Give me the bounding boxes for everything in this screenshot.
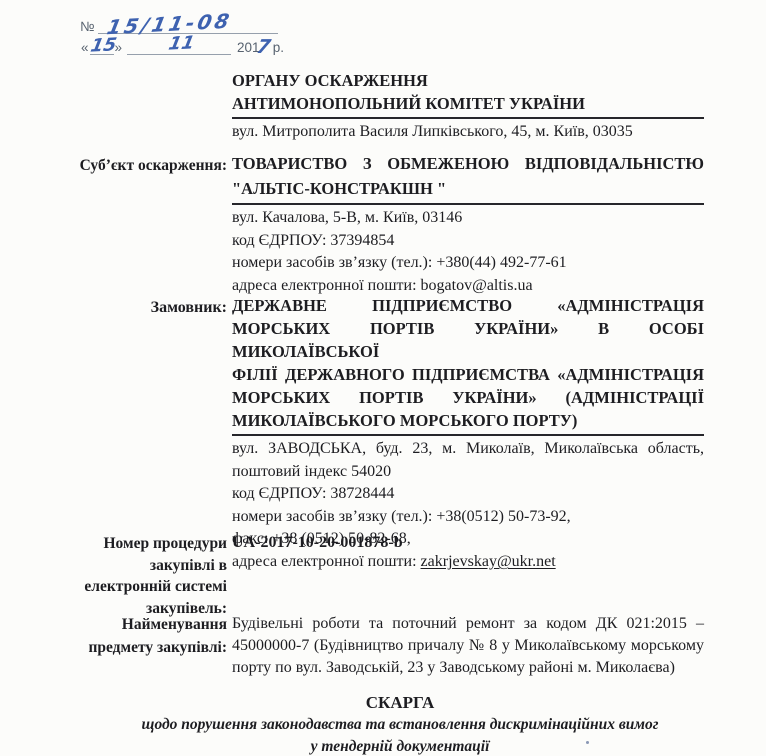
procurement-subject-value: Будівельні роботи та поточний ремонт за … [232,613,704,678]
email-prefix: адреса електронної пошти: [232,277,421,294]
subject-label-line: Найменування [0,614,227,637]
scanned-complaint-document: № 15/11-08 « 15 » 11 2017 р. ОРГАНУ ОСКА… [0,0,766,756]
subject-label-line: предмету закупівлі: [0,637,227,660]
customer-email: zakrjevskay@ukr.net [421,553,556,570]
scan-speck-artifact [586,741,589,744]
customer-name-line: ДЕРЖАВНЕ ПІДПРИЄМСТВО «АДМІНІСТРАЦІЯ [232,294,704,317]
month-blank-line: 11 [127,33,231,55]
procedure-label-line: закупівлі в [0,555,227,577]
customer-name-line: ФІЛІЇ ДЕРЖАВНОГО ПІДПРИЄМСТВА «АДМІНІСТР… [232,363,704,386]
complainant-divider [232,203,704,205]
customer-address-line: вул. ЗАВОДСЬКА, буд. 23, м. Миколаїв, Ми… [232,438,704,461]
handwritten-day: 15 [88,34,117,56]
complainant-block: ТОВАРИСТВО З ОБМЕЖЕНОЮ ВІДПОВІДАЛЬНІСТЮ … [232,151,704,297]
complaint-subtitle-line: щодо порушення законодавства та встановл… [20,714,766,736]
day-blank-line: 15 [90,33,114,55]
handwritten-month: 11 [167,32,196,54]
procedure-number-label: Номер процедури закупівлі в електронній … [0,533,227,619]
date-row: « 15 » 11 2017 р. [80,34,295,55]
subject-value-line: порту по вул. Заводській, 23 у Заводсько… [232,657,704,679]
complainant-name-line: ТОВАРИСТВО З ОБМЕЖЕНОЮ ВІДПОВІДАЛЬНІСТЮ [232,151,704,176]
customer-name-line: МИКОЛАЇВСЬКОГО МОРСЬКОГО ПОРТУ) [232,409,704,432]
number-row: № 15/11-08 [80,10,295,34]
complaint-title-block: СКАРГА щодо порушення законодавства та в… [20,691,766,756]
subject-value-line: Будівельні роботи та поточний ремонт за … [232,613,704,635]
complaint-title: СКАРГА [20,691,766,714]
customer-divider [232,434,704,436]
complaint-subtitle-line: у тендерній документації [20,736,766,756]
customer-phone: номери засобів зв’язку (тел.): +38(0512)… [232,506,704,529]
customer-block: ДЕРЖАВНЕ ПІДПРИЄМСТВО «АДМІНІСТРАЦІЯ МОР… [232,294,704,574]
email-prefix: адреса електронної пошти: [232,553,421,570]
complainant-label: Суб’єкт оскарження: [0,153,227,178]
subject-value-line: 45000000-7 (Будівництво причалу № 8 у Ми… [232,635,704,657]
open-quote-mark: « [80,40,90,55]
procedure-label-line: Номер процедури [0,533,227,555]
customer-name-line: МОРСЬКИХ ПОРТІВ УКРАЇНИ» В ОСОБІ МИКОЛАЇ… [232,317,704,363]
year-suffix: р. [273,40,284,55]
complainant-phone: номери засобів зв’язку (тел.): +380(44) … [232,252,704,275]
document-number-stamp: № 15/11-08 « 15 » 11 2017 р. [80,10,295,55]
number-sign: № [80,19,94,34]
recipient-divider [232,117,704,119]
complainant-name-line: "АЛЬТІС-КОНСТРАКШН " [232,176,704,201]
recipient-address: вул. Митрополита Василя Липківського, 45… [232,121,704,144]
complainant-edrpou: код ЄДРПОУ: 37394854 [232,230,704,253]
recipient-block: ОРГАНУ ОСКАРЖЕННЯ АНТИМОНОПОЛЬНИЙ КОМІТЕ… [232,69,704,144]
customer-name-line: МОРСЬКИХ ПОРТІВ УКРАЇНИ» (АДМІНІСТРАЦІЇ [232,386,704,409]
number-blank-line: 15/11-08 [98,9,278,34]
customer-edrpou: код ЄДРПОУ: 38728444 [232,483,704,506]
procedure-label-line: електронній системі [0,576,227,598]
customer-email-line: адреса електронної пошти: zakrjevskay@uk… [232,551,704,574]
recipient-title-line: АНТИМОНОПОЛЬНИЙ КОМІТЕТ УКРАЇНИ [232,92,704,115]
customer-label: Замовник: [0,296,227,319]
procedure-number-value: UA-2017-10-20-001878-b [232,534,704,552]
customer-address-line: поштовий індекс 54020 [232,461,704,484]
complainant-email: bogatov@altis.ua [421,277,533,294]
recipient-title-line: ОРГАНУ ОСКАРЖЕННЯ [232,69,704,92]
complainant-address: вул. Качалова, 5-В, м. Київ, 03146 [232,207,704,230]
procurement-subject-label: Найменування предмету закупівлі: [0,614,227,659]
